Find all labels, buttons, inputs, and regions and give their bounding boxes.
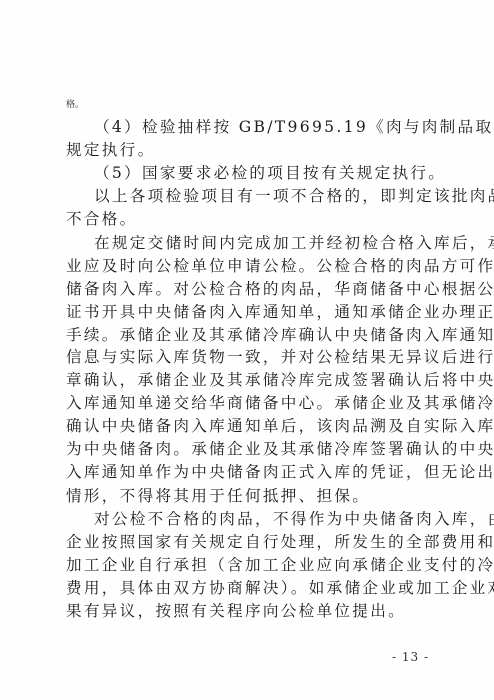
paragraph-line: 果有异议，按照有关程序向公检单位提出。: [66, 602, 430, 620]
paragraph-line: 对公检不合格的肉品，不得作为中央储备肉入库，由加工: [66, 510, 430, 528]
paragraph-line: 在规定交储时间内完成加工并经初检合格入库后，承储企: [66, 234, 430, 252]
paragraph-line: 加工企业自行承担（含加工企业应向承储企业支付的冷藏费等: [66, 556, 430, 574]
paragraph-line: 章确认，承储企业及其承储冷库完成签署确认后将中央储备肉: [66, 371, 430, 389]
paragraph-line: 手续。承储企业及其承储冷库确认中央储备肉入库通知单所载: [66, 326, 430, 344]
paragraph-line: 证书开具中央储备肉入库通知单，通知承储企业办理正式入库: [66, 303, 430, 321]
paragraph-line: 信息与实际入库货物一致，并对公检结果无异议后进行签字盖: [66, 348, 430, 366]
paragraph-line: （5）国家要求必检的项目按有关规定执行。: [66, 164, 430, 182]
paragraph-line: 入库通知单作为中央储备肉正式入库的凭证，但无论出于任何: [66, 463, 430, 481]
paragraph-line: 确认中央储备肉入库通知单后，该肉品溯及自实际入库之日转: [66, 417, 430, 435]
paragraph-line: 情形，不得将其用于任何抵押、担保。: [66, 487, 430, 505]
paragraph-line: 规定执行。: [66, 141, 430, 159]
paragraph-line: 业应及时向公检单位申请公检。公检合格的肉品方可作为中央: [66, 257, 430, 275]
continuation-fragment: 格。: [66, 100, 430, 110]
page-number: - 13 -: [392, 650, 429, 664]
paragraph-line: 入库通知单递交给华商储备中心。承储企业及其承储冷库签署: [66, 394, 430, 412]
document-page: 格。 （4）检验抽样按 GB/T9695.19《肉与肉制品取样方法》的 规定执行…: [0, 0, 494, 700]
paragraph-line: 储备肉入库。对公检合格的肉品，华商储备中心根据公检合格: [66, 280, 430, 298]
paragraph-line: 费用，具体由双方协商解决）。如承储企业或加工企业对公检结: [66, 579, 430, 597]
paragraph-line: 企业按照国家有关规定自行处理，所发生的全部费用和损失由: [66, 533, 430, 551]
paragraph-line: 为中央储备肉。承储企业及其承储冷库签署确认的中央储备肉: [66, 440, 430, 458]
paragraph-line: 不合格。: [66, 210, 430, 228]
paragraph-line: 以上各项检验项目有一项不合格的，即判定该批肉品公检: [66, 187, 430, 205]
paragraph-line: （4）检验抽样按 GB/T9695.19《肉与肉制品取样方法》的: [66, 118, 430, 136]
